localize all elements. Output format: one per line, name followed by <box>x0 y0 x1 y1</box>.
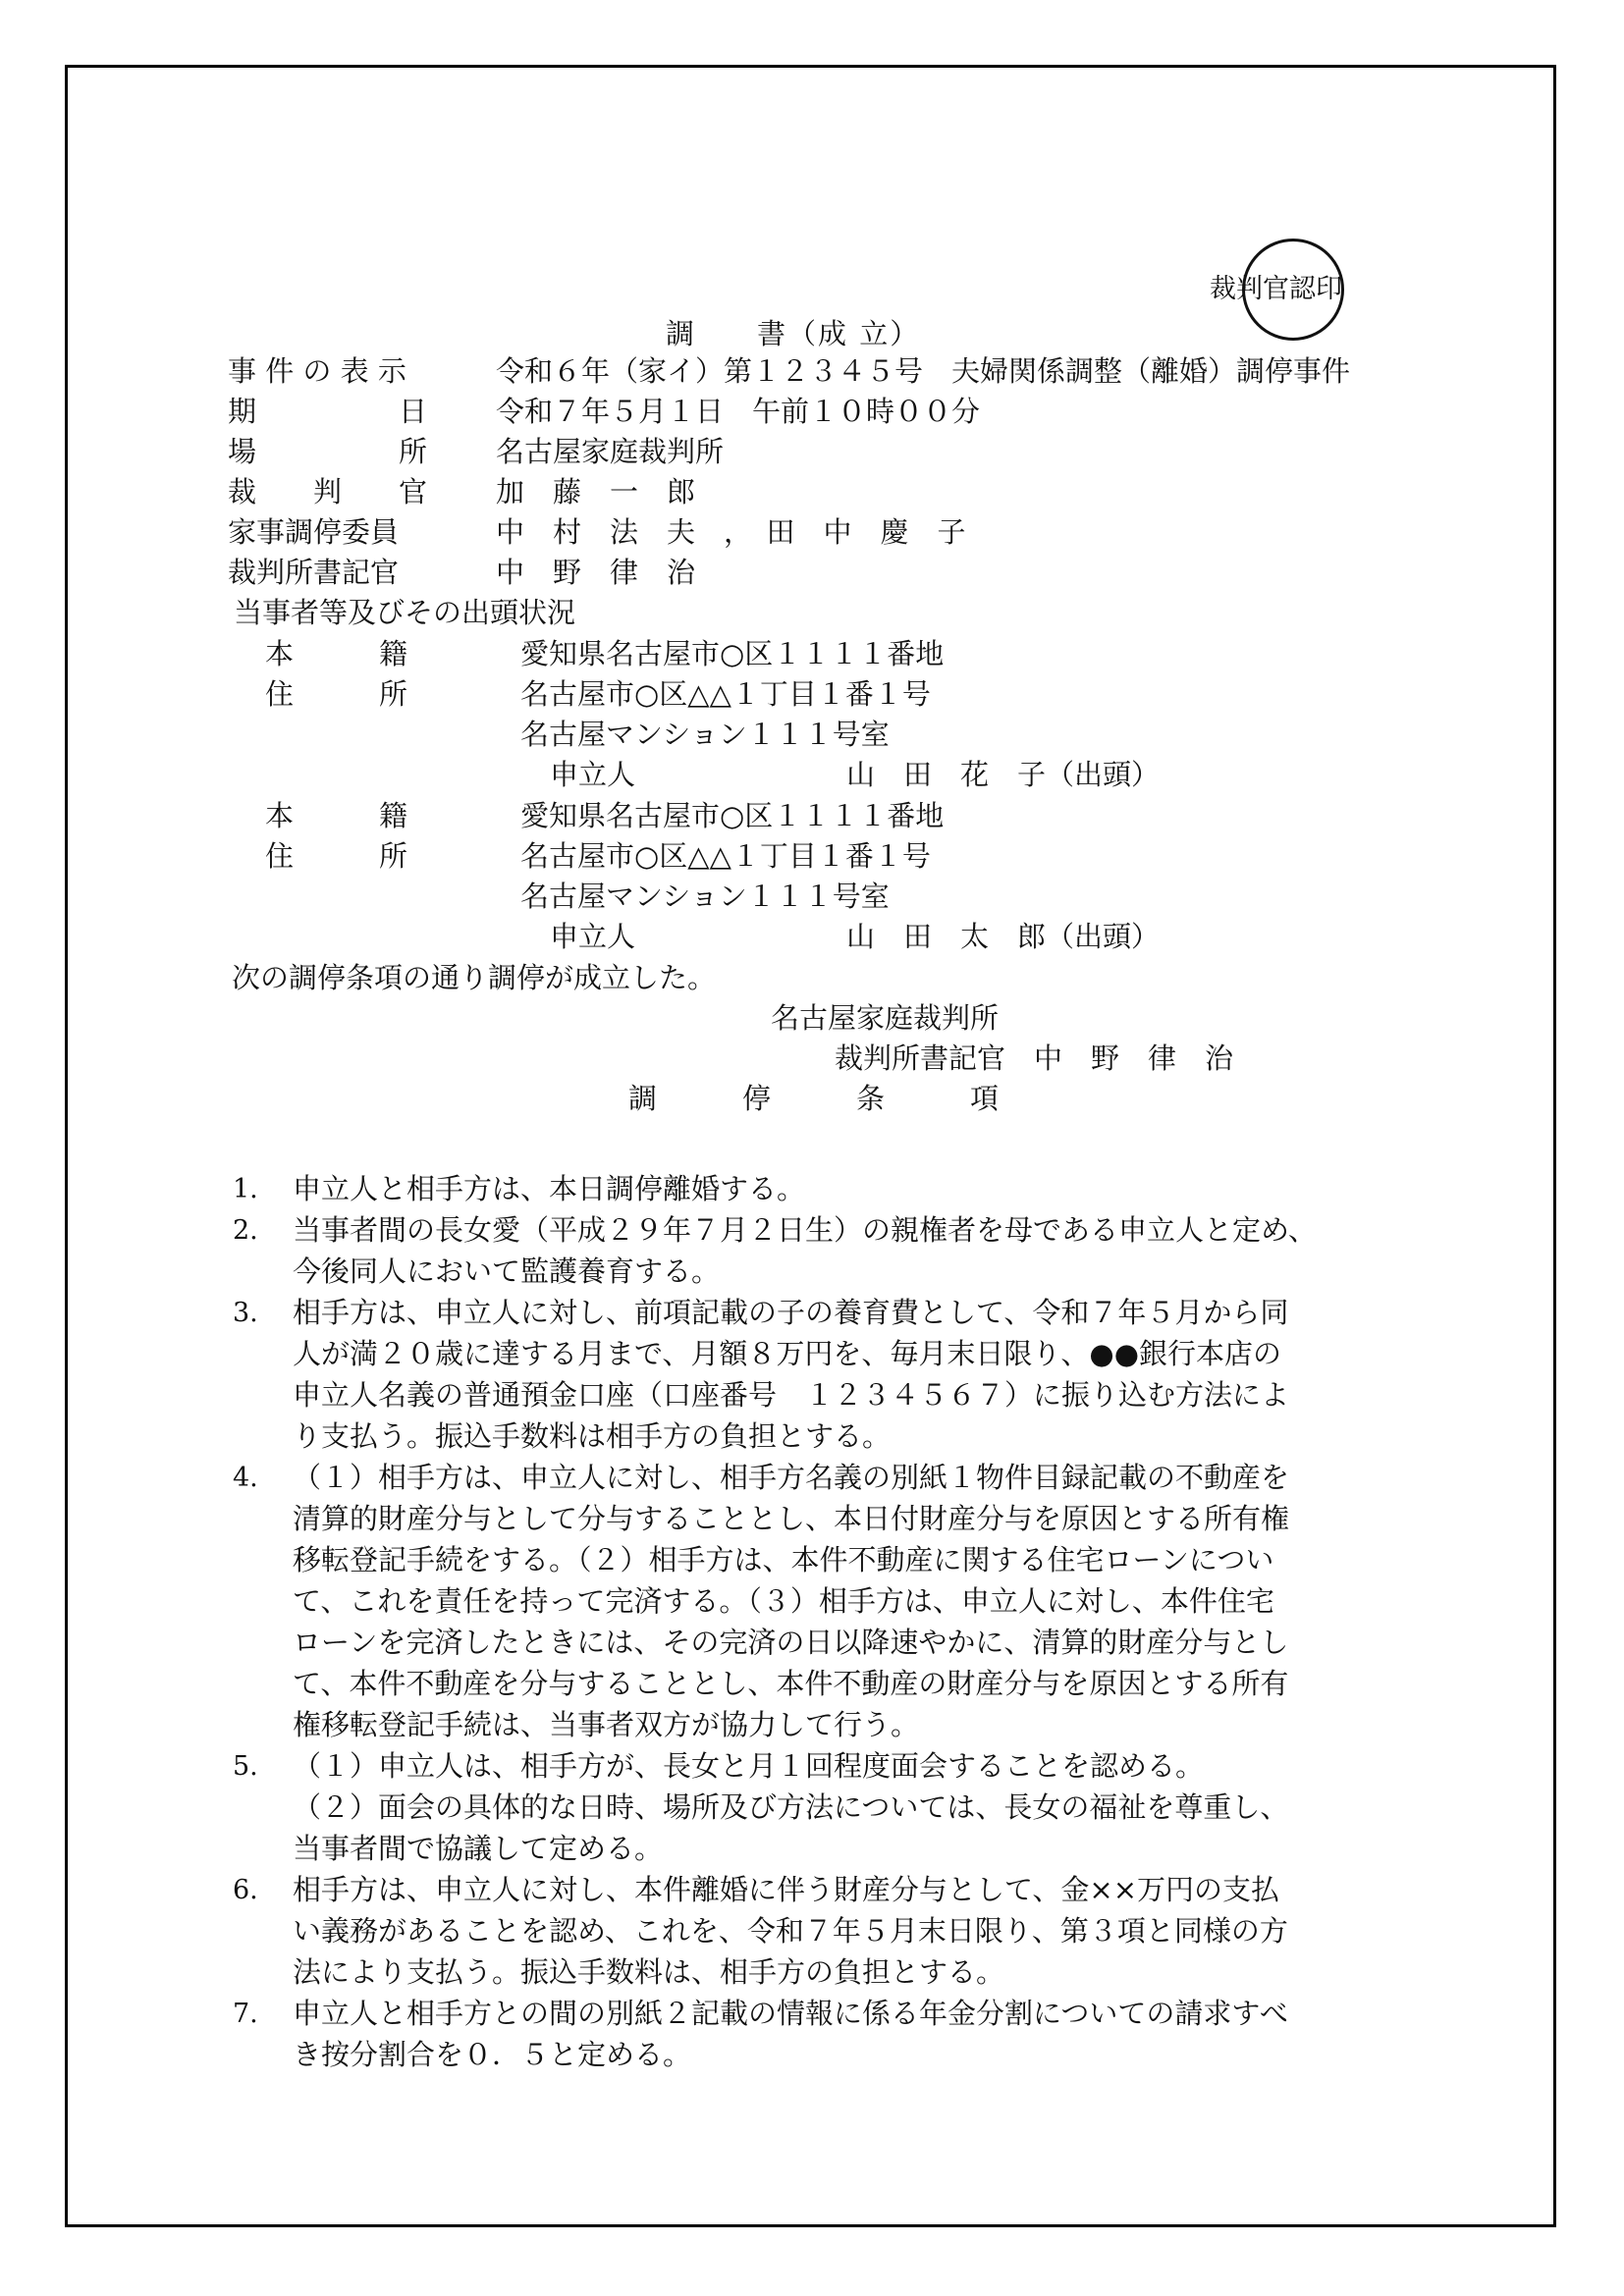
clause-4-line: ローンを完済したときには、その完済の日以降速やかに、清算的財産分与とし <box>293 1623 1288 1663</box>
party2-honseki-label: 本 籍 <box>265 796 407 836</box>
case-value: 令和６年（家イ）第１２３４５号 夫婦関係調整（離婚）調停事件 <box>496 351 1350 392</box>
clause-3-line: 相手方は、申立人に対し、前項記載の子の養育費として、令和７年５月から同 <box>293 1293 1288 1333</box>
party1-address-line1: 名古屋市○区△△１丁目１番１号 <box>520 674 931 715</box>
date-value: 令和７年５月１日 午前１０時００分 <box>496 392 980 432</box>
clause-number: 3. <box>233 1293 258 1333</box>
clause-2-line: 今後同人において監護養育する。 <box>293 1252 720 1292</box>
party2-address-label: 住 所 <box>265 836 407 877</box>
clause-5-line: （１）申立人は、相手方が、長女と月１回程度面会することを認める。 <box>293 1746 1204 1787</box>
party2-honseki: 愛知県名古屋市○区１１１１番地 <box>520 796 944 836</box>
party1-honseki-label: 本 籍 <box>265 634 407 674</box>
clause-4-line: 権移転登記手続は、当事者双方が協力して行う。 <box>293 1705 919 1745</box>
clause-6-line: い義務があることを認め、これを、令和７年５月末日限り、第３項と同様の方 <box>293 1911 1288 1951</box>
case-label: 事 件 の 表 示 <box>228 351 483 392</box>
place-label: 場 所 <box>228 432 483 472</box>
party1-honseki: 愛知県名古屋市○区１１１１番地 <box>520 634 944 674</box>
clause-1-line: 申立人と相手方は、本日調停離婚する。 <box>293 1169 805 1209</box>
judge-seal-label: 裁判官認印 <box>1210 273 1342 306</box>
party1-name: 山 田 花 子（出頭） <box>846 755 1160 795</box>
mediator-value: 中 村 法 夫 ， 田 中 慶 子 <box>496 512 966 553</box>
clause-number: 5. <box>233 1746 258 1787</box>
party2-address-line1: 名古屋市○区△△１丁目１番１号 <box>520 836 931 877</box>
party2-address-line2: 名古屋マンション１１１号室 <box>520 877 890 917</box>
party1-address-label: 住 所 <box>265 674 407 715</box>
place-value: 名古屋家庭裁判所 <box>496 432 724 472</box>
clause-4-line: （１）相手方は、申立人に対し、相手方名義の別紙１物件目録記載の不動産を <box>293 1458 1289 1498</box>
clause-4-line: 清算的財産分与として分与することとし、本日付財産分与を原因とする所有権 <box>293 1499 1289 1539</box>
clause-number: 7. <box>233 1994 258 2034</box>
clause-5-line: 当事者間で協議して定める。 <box>293 1829 663 1869</box>
clause-4-line: て、これを責任を持って完済する。（３）相手方は、申立人に対し、本件住宅 <box>293 1581 1274 1622</box>
conclusion-text: 次の調停条項の通り調停が成立した。 <box>232 958 716 998</box>
clause-5-line: （２）面会の具体的な日時、場所及び方法については、長女の福祉を尊重し、 <box>293 1788 1288 1828</box>
party2-role: 申立人 <box>550 917 635 957</box>
clause-number: 1. <box>233 1169 258 1209</box>
party1-role: 申立人 <box>550 755 635 795</box>
date-label: 期 日 <box>228 392 483 432</box>
clause-number: 4. <box>233 1458 258 1498</box>
clause-number: 6. <box>233 1870 258 1910</box>
clauses-heading: 調 停 条 項 <box>628 1079 999 1119</box>
parties-heading: 当事者等及びその出頭状況 <box>234 593 575 633</box>
clause-4-line: 移転登記手続をする。（２）相手方は、本件不動産に関する住宅ローンについ <box>293 1540 1273 1580</box>
clause-3-line: り支払う。振込手数料は相手方の負担とする。 <box>293 1416 891 1457</box>
court-name: 名古屋家庭裁判所 <box>771 998 999 1039</box>
clause-4-line: て、本件不動産を分与することとし、本件不動産の財産分与を原因とする所有 <box>293 1664 1288 1704</box>
clause-number: 2. <box>233 1210 258 1251</box>
party2-name: 山 田 太 郎（出頭） <box>846 917 1160 957</box>
clause-7-line: 申立人と相手方との間の別紙２記載の情報に係る年金分割についての請求すべ <box>293 1994 1288 2034</box>
judge-label: 裁 判 官 <box>228 472 483 512</box>
clause-3-line: 人が満２０歳に達する月まで、月額８万円を、毎月末日限り、●●銀行本店の <box>293 1334 1281 1374</box>
clause-2-line: 当事者間の長女愛（平成２９年７月２日生）の親権者を母である申立人と定め、 <box>293 1210 1317 1251</box>
clause-7-line: き按分割合を０．５と定める。 <box>293 2035 691 2075</box>
clerk-label: 裁判所書記官 <box>228 553 483 593</box>
document-title: 調 書（成 立） <box>666 314 920 354</box>
clerk-value: 中 野 律 治 <box>496 553 695 593</box>
mediator-label: 家事調停委員 <box>228 512 483 553</box>
clerk-signature-line: 裁判所書記官 中 野 律 治 <box>835 1039 1233 1079</box>
judge-value: 加 藤 一 郎 <box>496 472 695 512</box>
clause-6-line: 法により支払う。振込手数料は、相手方の負担とする。 <box>293 1952 1004 1993</box>
party1-address-line2: 名古屋マンション１１１号室 <box>520 715 890 755</box>
clause-3-line: 申立人名義の普通預金口座（口座番号 １２３４５６７）に振り込む方法によ <box>293 1375 1289 1415</box>
clause-6-line: 相手方は、申立人に対し、本件離婚に伴う財産分与として、金××万円の支払 <box>293 1870 1279 1910</box>
